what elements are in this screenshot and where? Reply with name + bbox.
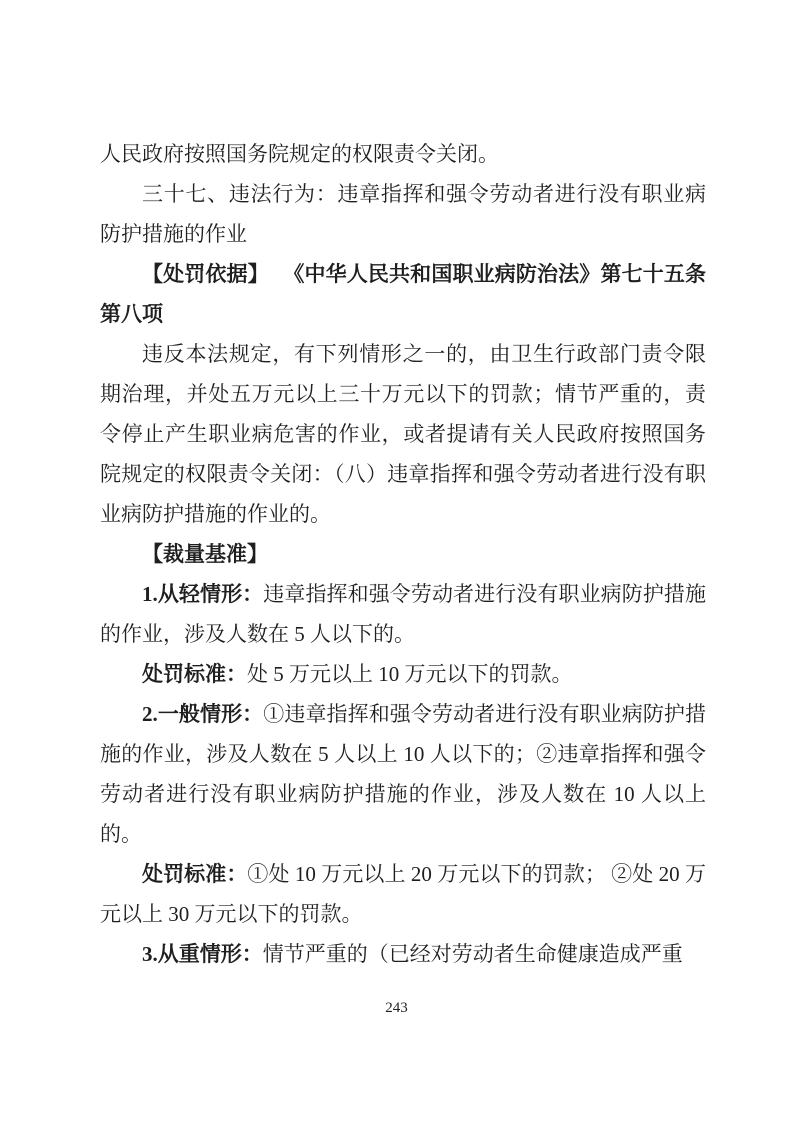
paragraph-severe-circumstance: 3.从重情形：情节严重的（已经对劳动者生命健康造成严重	[100, 934, 706, 974]
general-circumstance-label: 2.一般情形：	[142, 702, 263, 726]
paragraph-text: 处 5 万元以上 10 万元以下的罚款。	[247, 662, 573, 686]
paragraph-text: 三十七、违法行为：违章指挥和强令劳动者进行没有职业病防护措施的作业	[100, 182, 706, 246]
paragraph-lenient-circumstance: 1.从轻情形：违章指挥和强令劳动者进行没有职业病防护措施的作业，涉及人数在 5 …	[100, 574, 706, 654]
lenient-circumstance-label: 1.从轻情形：	[142, 582, 263, 606]
paragraph-legal-provision: 违反本法规定，有下列情形之一的，由卫生行政部门责令限期治理，并处五万元以上三十万…	[100, 334, 706, 534]
paragraph-text: 情节严重的（已经对劳动者生命健康造成严重	[263, 942, 683, 966]
penalty-standard-label: 处罚标准：	[142, 862, 247, 886]
document-content: 人民政府按照国务院规定的权限责令关闭。 三十七、违法行为：违章指挥和强令劳动者进…	[100, 134, 706, 974]
penalty-standard-label: 处罚标准：	[142, 662, 247, 686]
document-page: 人民政府按照国务院规定的权限责令关闭。 三十七、违法行为：违章指挥和强令劳动者进…	[0, 0, 793, 1122]
paragraph-general-penalty-standard: 处罚标准：①处 10 万元以上 20 万元以下的罚款； ②处 20 万元以上 3…	[100, 854, 706, 934]
penalty-basis-label: 【处罚依据】	[142, 262, 269, 286]
paragraph-text: 人民政府按照国务院规定的权限责令关闭。	[100, 142, 499, 166]
discretion-benchmark-label: 【裁量基准】	[142, 542, 268, 566]
page-number: 243	[0, 998, 793, 1018]
paragraph-text: 违反本法规定，有下列情形之一的，由卫生行政部门责令限期治理，并处五万元以上三十万…	[100, 342, 706, 526]
paragraph-penalty-basis: 【处罚依据】《中华人民共和国职业病防治法》第七十五条第八项	[100, 254, 706, 334]
severe-circumstance-label: 3.从重情形：	[142, 942, 263, 966]
paragraph-discretion-benchmark-heading: 【裁量基准】	[100, 534, 706, 574]
paragraph-general-circumstance: 2.一般情形：①违章指挥和强令劳动者进行没有职业病防护措施的作业，涉及人数在 5…	[100, 694, 706, 854]
paragraph-violation-heading: 三十七、违法行为：违章指挥和强令劳动者进行没有职业病防护措施的作业	[100, 174, 706, 254]
paragraph-lenient-penalty-standard: 处罚标准：处 5 万元以上 10 万元以下的罚款。	[100, 654, 706, 694]
paragraph-closing-continuation: 人民政府按照国务院规定的权限责令关闭。	[100, 134, 706, 174]
